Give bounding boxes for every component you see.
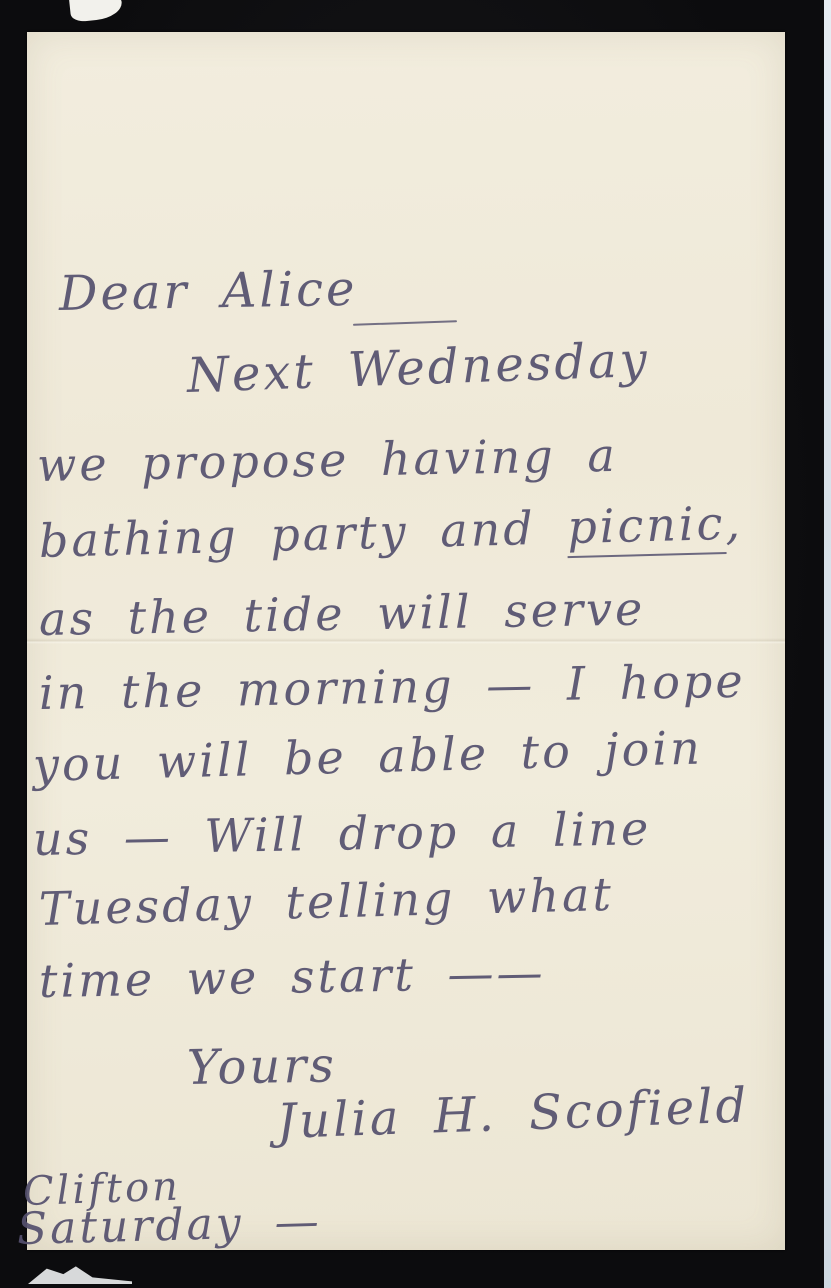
body-line-3-pre: bathing party and — [38, 500, 568, 568]
body-line-5: in the morning — I hope — [39, 658, 746, 716]
body-line-3: bathing party and picnic, — [38, 500, 743, 564]
letter-paper: Dear Alice Next Wednesday we propose hav… — [27, 32, 785, 1250]
body-line-6: you will be able to join — [32, 724, 703, 788]
body-line-9: time we start —— — [39, 949, 546, 1004]
signature-line: Julia H. Scofield — [276, 1082, 750, 1146]
body-line-7: us — Will drop a line — [33, 805, 652, 862]
torn-paper-chip-bottom — [28, 1262, 132, 1284]
body-line-8: Tuesday telling what — [38, 871, 614, 932]
body-line-4: as the tide will serve — [39, 585, 646, 642]
pen-flourish — [353, 320, 457, 326]
salutation-line: Dear Alice — [59, 265, 358, 318]
body-line-2: we propose having a — [37, 432, 619, 488]
torn-paper-chip-top — [69, 0, 123, 23]
body-line-3-post: , — [725, 496, 744, 550]
body-line-1: Next Wednesday — [186, 336, 650, 400]
date-line: Saturday — — [16, 1200, 322, 1252]
closing-line: Yours — [187, 1041, 338, 1092]
underlined-word-picnic: picnic — [567, 496, 726, 558]
scan-edge-strip — [824, 0, 831, 1288]
scanned-letter-image: Dear Alice Next Wednesday we propose hav… — [0, 0, 831, 1288]
